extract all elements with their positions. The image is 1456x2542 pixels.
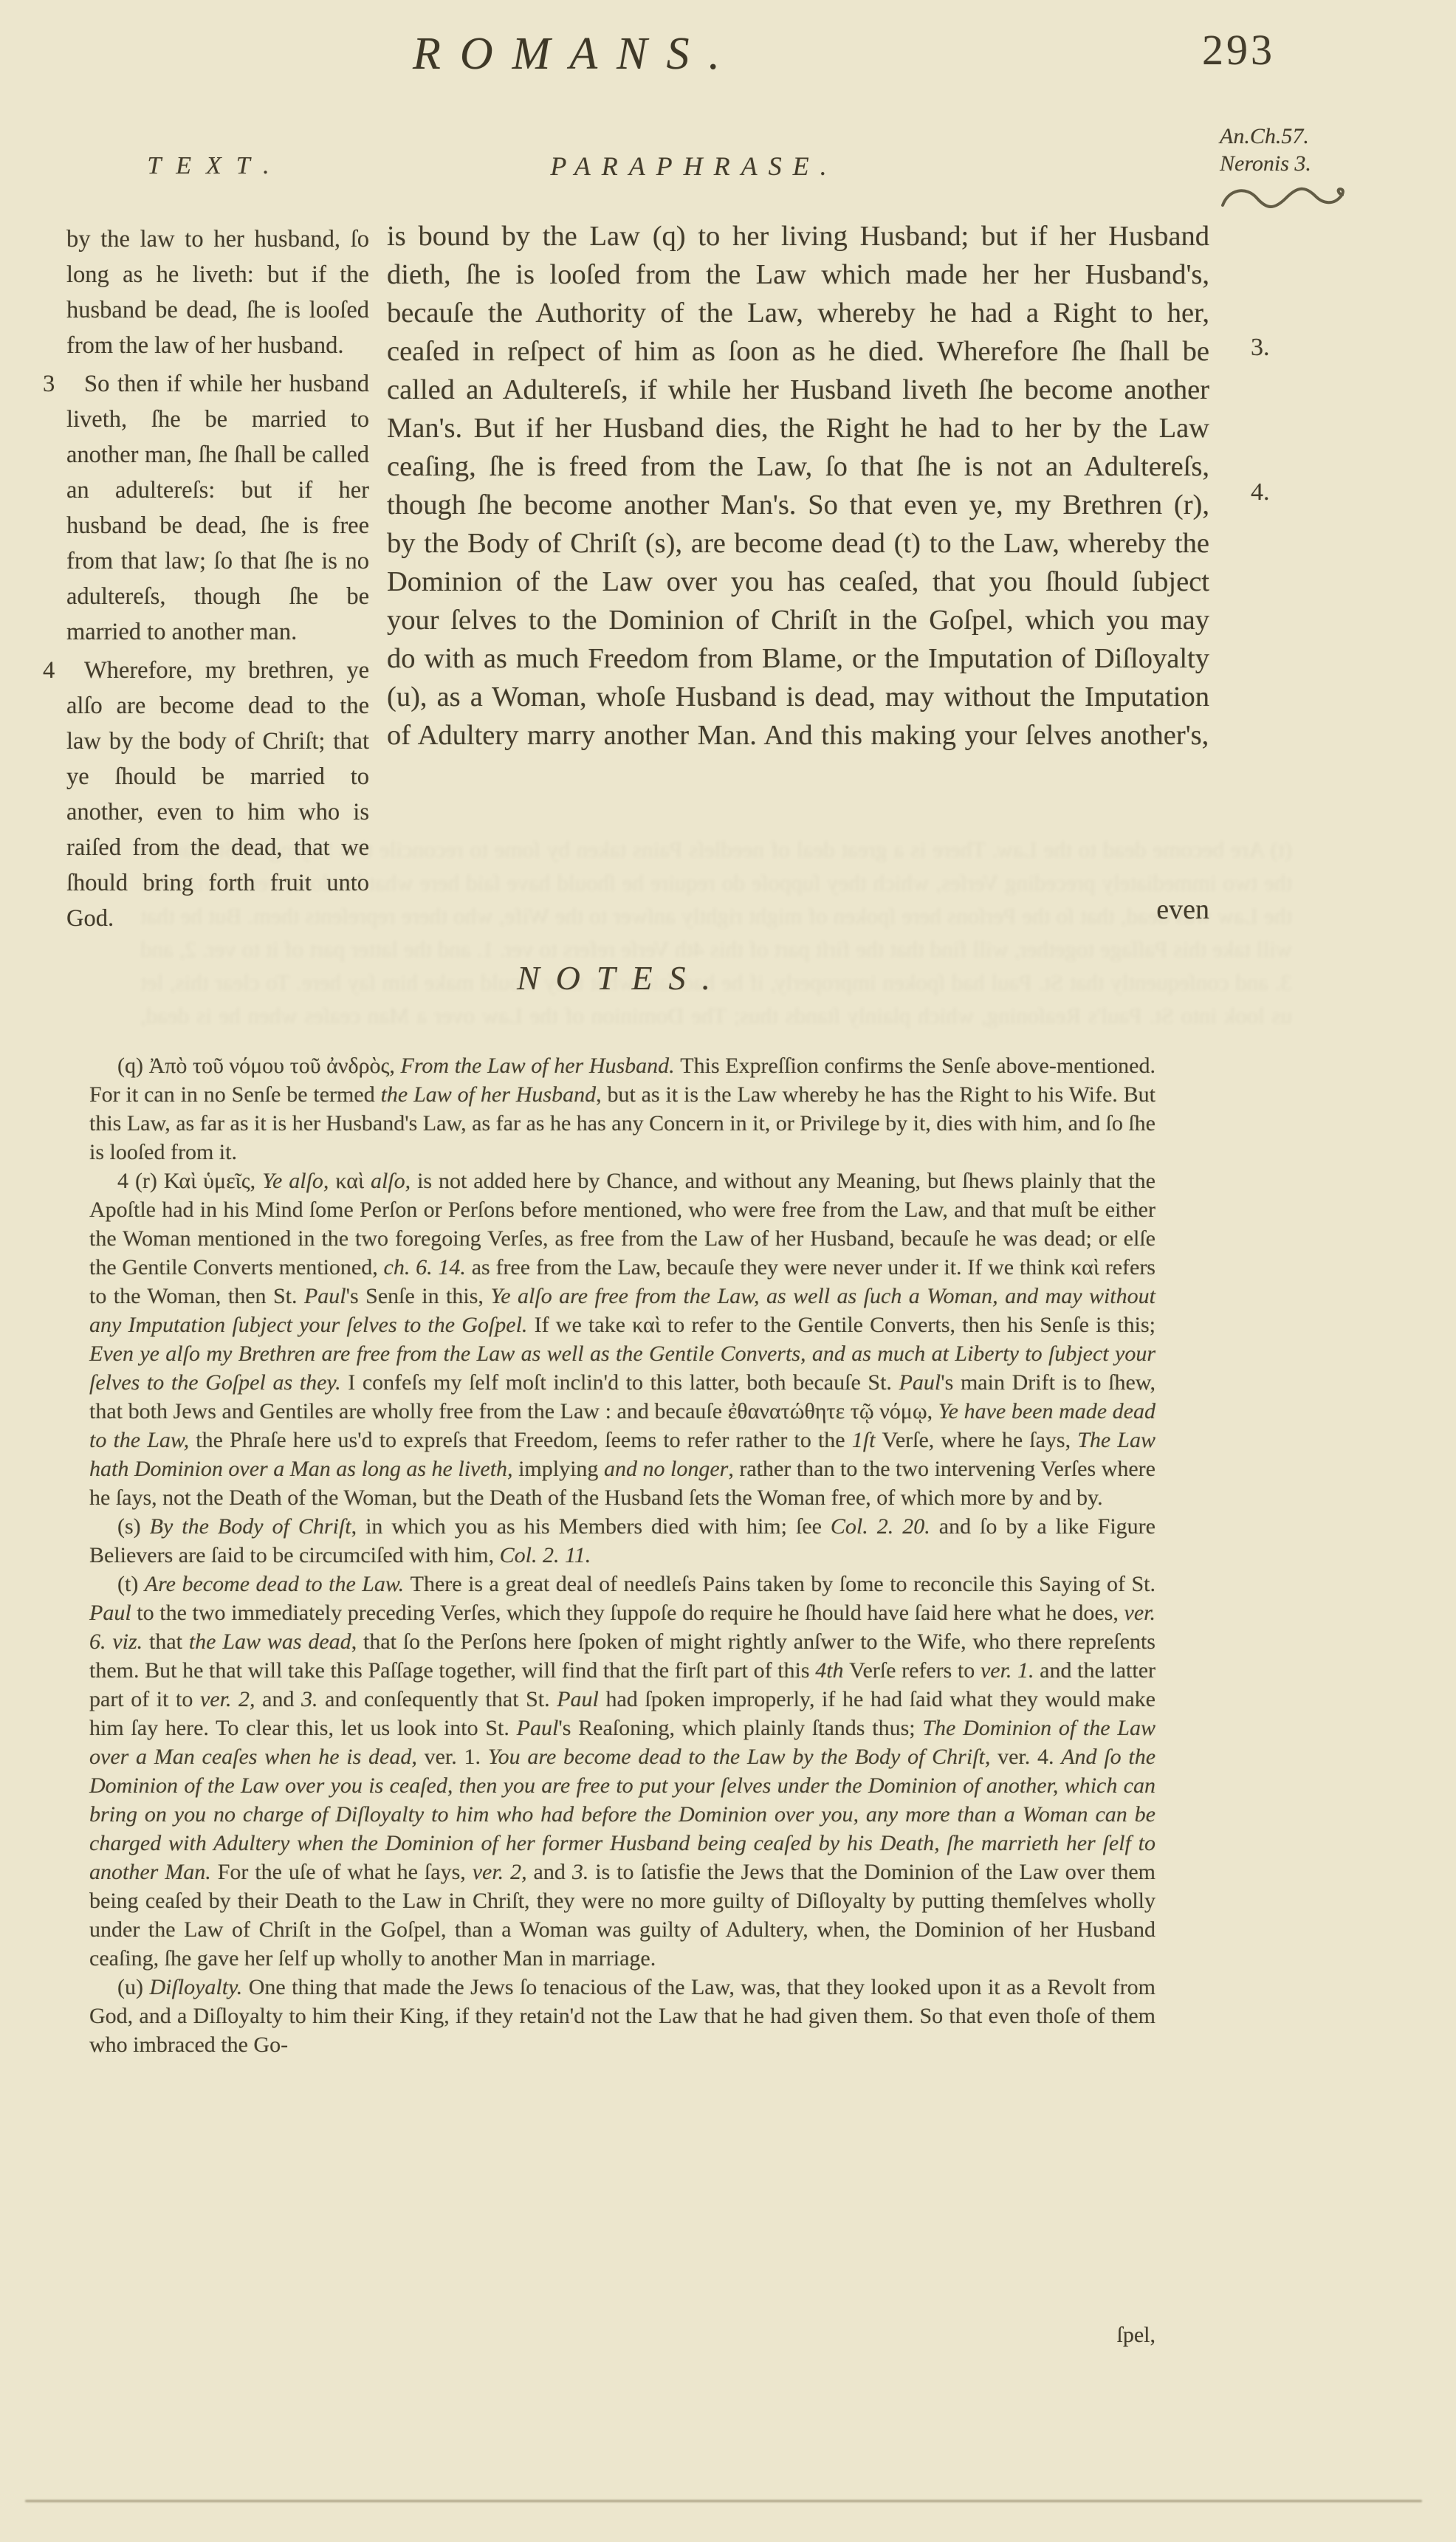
note-segment: There is a great deal of needleſs Pains … <box>411 1572 1155 1596</box>
catchword: ſpel, <box>89 2323 1155 2348</box>
note-segment: I confeſs my ſelf moſt inclin'd to this … <box>348 1370 899 1395</box>
note-segment: You are become dead to the Law by the Bo… <box>488 1745 997 1769</box>
note-segment: 3. <box>301 1687 325 1711</box>
verse-text: by the law to her husband, ſo long as he… <box>66 226 369 359</box>
marginal-date-note: An.Ch.57. Neronis 3. <box>1220 123 1441 177</box>
note-segment: καὶ <box>335 1169 371 1193</box>
verse-number: 3 <box>43 366 55 402</box>
note-segment: Col. 2. 11. <box>500 1543 591 1567</box>
catchword: even <box>387 893 1209 926</box>
note-segment: Paul <box>517 1716 559 1740</box>
page-edge-line <box>25 2500 1422 2502</box>
verse-text: Wherefore, my brethren, ye alſo are beco… <box>66 657 369 932</box>
note-segment: Paul <box>304 1284 346 1308</box>
note-segment: ch. 6. 14. <box>384 1255 472 1279</box>
notes-heading: NOTES. <box>89 958 1154 997</box>
note-segment: the Law of her Husband <box>381 1082 597 1107</box>
note-segment: Diſloyalty. <box>149 1975 248 1999</box>
note-segment: the Phraſe here us'd to expreſs that Fre… <box>196 1428 851 1452</box>
note-segment: (q) <box>117 1054 149 1078</box>
note-segment: From the Law of her Husband. <box>401 1054 681 1078</box>
note-segment: , in which you as his Members died with … <box>351 1514 831 1539</box>
note-segment: 4 (r) <box>117 1169 164 1193</box>
note-paragraph: (q) Ἀπὸ τοῦ νόμου τοῦ ἀνδρὸς, From the L… <box>89 1051 1155 1167</box>
note-segment: (u) <box>117 1975 149 1999</box>
note-paragraph: 4 (r) Καὶ ὑμεῖς, Ye alſo, καὶ alſo, is n… <box>89 1167 1155 1512</box>
note-segment: By the Body of Chriſt <box>150 1514 351 1539</box>
note-segment: For the uſe of what he ſays, <box>218 1860 473 1884</box>
note-segment: One thing that made the Jews ſo tenaciou… <box>89 1975 1155 2057</box>
note-segment: ἐθανατώθητε τῷ νόμῳ, <box>728 1399 938 1423</box>
note-segment: as free from the Law, becauſe they were … <box>472 1255 1071 1279</box>
note-segment: Paul <box>89 1601 137 1625</box>
note-segment: to refer to the Gentile Converts, then h… <box>667 1313 1155 1337</box>
note-paragraph: (s) By the Body of Chriſt, in which you … <box>89 1512 1155 1570</box>
note-segment: Are become dead to the Law. <box>145 1572 411 1596</box>
note-segment: that <box>149 1629 189 1654</box>
note-segment: 3. <box>572 1860 595 1884</box>
notes-section: (q) Ἀπὸ τοῦ νόμου τοῦ ἀνδρὸς, From the L… <box>89 1051 1155 2059</box>
note-segment: Ἀπὸ τοῦ νόμου τοῦ ἀνδρὸς, <box>149 1054 401 1078</box>
page-number: 293 <box>1202 25 1275 75</box>
margin-verse-number: 3. <box>1251 334 1270 362</box>
text-column: by the law to her husband, ſo long as he… <box>66 221 369 939</box>
verse-paragraph: 4Wherefore, my brethren, ye alſo are bec… <box>66 653 369 936</box>
verse-paragraph: 3So then if while her husband liveth, ſh… <box>66 366 369 650</box>
note-segment: and no longer <box>604 1457 728 1481</box>
marginal-date-line: An.Ch.57. <box>1220 123 1441 150</box>
note-segment: If we take <box>535 1313 633 1337</box>
note-segment: and <box>534 1860 572 1884</box>
paraphrase-column: is bound by the Law (q) to her living Hu… <box>387 217 1209 755</box>
note-segment: Col. 2. 20. <box>831 1514 939 1539</box>
note-segment: καὶ <box>1071 1255 1105 1279</box>
verse-paragraph: by the law to her husband, ſo long as he… <box>66 221 369 363</box>
marginal-date-line: Neronis 3. <box>1220 150 1441 177</box>
note-segment: 's Reaſoning, which plainly ſtands thus; <box>558 1716 922 1740</box>
note-segment: ver. 2, <box>473 1860 534 1884</box>
note-segment: ver. 2, <box>200 1687 262 1711</box>
note-segment: to the two immediately preceding Verſes,… <box>137 1601 1124 1625</box>
margin-verse-number: 4. <box>1251 478 1270 506</box>
note-segment: 4th <box>815 1658 849 1683</box>
note-paragraph: (t) Are become dead to the Law. There is… <box>89 1570 1155 1973</box>
note-segment: and <box>262 1687 301 1711</box>
text-column-header: TEXT. <box>65 152 366 180</box>
verse-text: So then if while her husband liveth, ſhe… <box>66 371 369 645</box>
paraphrase-column-header: PARAPHRASE. <box>413 151 975 182</box>
paraphrase-body: is bound by the Law (q) to her living Hu… <box>387 217 1209 755</box>
note-segment: implying <box>518 1457 604 1481</box>
verse-number: 4 <box>43 653 55 688</box>
note-segment: Verſe, where he ſays, <box>882 1428 1078 1452</box>
note-segment: Paul <box>557 1687 605 1711</box>
note-segment: ver. 1. <box>425 1745 488 1769</box>
note-segment: ver. 4. <box>997 1745 1061 1769</box>
note-segment: ver. 1. <box>981 1658 1040 1683</box>
note-segment: 1ſt <box>852 1428 882 1452</box>
note-segment: Verſe refers to <box>849 1658 981 1683</box>
note-segment: καὶ <box>632 1313 667 1337</box>
note-segment: (t) <box>117 1572 145 1596</box>
note-segment: (s) <box>117 1514 150 1539</box>
note-segment: 's Senſe in this, <box>346 1284 491 1308</box>
flourish-ornament-icon <box>1218 183 1351 214</box>
book-page: (t) Are become dead to the Law. There is… <box>0 0 1456 2542</box>
note-segment: Ye alſo, <box>262 1169 335 1193</box>
note-segment: Καὶ ὑμεῖς, <box>164 1169 262 1193</box>
running-title: ROMANS. <box>0 28 1152 80</box>
note-segment: and conſequently that St. <box>325 1687 557 1711</box>
note-segment: Paul <box>899 1370 941 1395</box>
note-segment: the Law was dead <box>189 1629 351 1654</box>
note-paragraph: (u) Diſloyalty. One thing that made the … <box>89 1973 1155 2059</box>
note-segment: alſo, <box>371 1169 417 1193</box>
